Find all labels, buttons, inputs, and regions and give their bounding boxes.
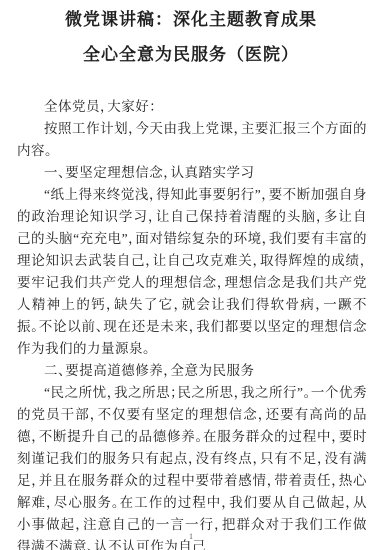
title-line-2: 全心全意为民服务（医院）: [0, 37, 382, 72]
document-body: 全体党员，大家好：按照工作计划，今天由我上党课，主要汇报三个方面的内容。一、要坚…: [0, 96, 382, 550]
document-page: 微党课讲稿：深化主题教育成果 全心全意为民服务（医院） 全体党员，大家好：按照工…: [0, 0, 382, 550]
title-line-1: 微党课讲稿：深化主题教育成果: [0, 2, 382, 37]
body-paragraph: “民之所忧，我之所思；民之所思，我之所行”。一个优秀的党员干部，不仅要有坚定的理…: [17, 382, 367, 550]
section-heading: 二、要提高道德修养，全意为民服务: [17, 360, 367, 382]
body-paragraph: 全体党员，大家好：: [17, 96, 367, 118]
body-paragraph: 按照工作计划，今天由我上党课，主要汇报三个方面的内容。: [17, 118, 367, 162]
section-heading: 一、要坚定理想信念，认真踏实学习: [17, 162, 367, 184]
body-paragraph: “纸上得来终觉浅，得知此事要躬行”，要不断加强自身的政治理论知识学习，让自己保持…: [17, 184, 367, 360]
document-title: 微党课讲稿：深化主题教育成果 全心全意为民服务（医院）: [0, 0, 382, 72]
page-number: 1: [0, 532, 382, 542]
